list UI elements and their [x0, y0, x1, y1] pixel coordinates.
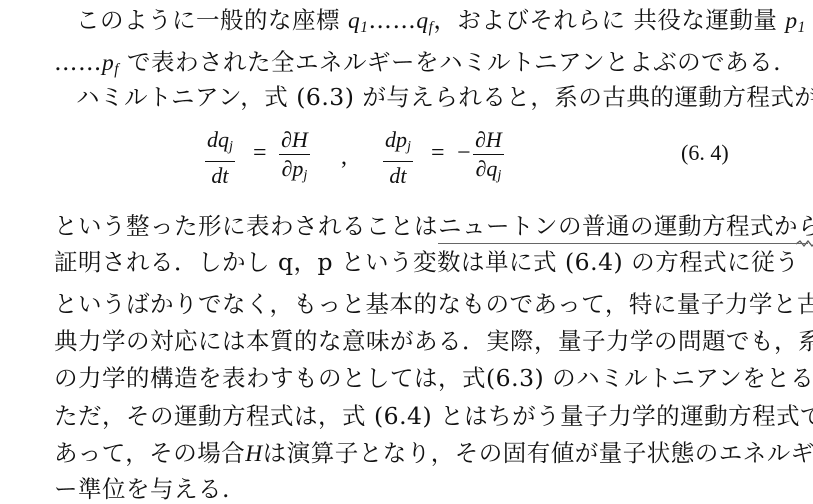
text-line: というばかりでなく，もっと基本的なものであって，特に量子力学と古 — [54, 289, 813, 319]
text-line: ハミルトニアン，式 (6.3) が与えられると，系の古典的運動方程式が — [76, 82, 813, 112]
text-line: という整った形に表わされることはニュートンの普通の運動方程式から — [54, 211, 813, 241]
text: は演算子となり，その固有値が量子状態のエネルギ — [263, 439, 813, 467]
fraction-dpj-dt: dpj dt — [383, 126, 413, 190]
text: あって，その場合 — [54, 439, 245, 467]
text: という整った形に表わされることは — [54, 212, 438, 240]
minus-sign: − — [457, 140, 471, 167]
equation-6-4: dqj dt = ∂H ∂pj , dpj dt = − ∂H ∂qj (6. … — [195, 126, 755, 190]
text-line: このように一般的な座標 q1……qf，およびそれらに 共役な運動量 p1 — [76, 5, 806, 43]
text: このように一般的な座標 — [76, 6, 348, 34]
text-line: ……pf で表わされた全エネルギーをハミルトニアンとよぶのである. — [54, 47, 781, 85]
math-H: H — [245, 441, 262, 467]
fraction-dqj-dt: dqj dt — [205, 126, 235, 190]
fraction-dH-dqj: ∂H ∂qj — [473, 126, 504, 190]
fraction-dH-dpj: ∂H ∂pj — [279, 126, 310, 190]
text-line: 典力学の対応には本質的な意味がある．実際，量子力学の問題でも，系 — [54, 326, 813, 356]
equals-sign: = — [431, 140, 445, 167]
text-line: ー準位を与える. — [54, 474, 230, 504]
math-pf: pf — [102, 50, 119, 76]
ellipsis: …… — [54, 48, 102, 76]
text-line: あって，その場合Hは演算子となり，その固有値が量子状態のエネルギ — [54, 438, 813, 469]
math-p1: p1 — [785, 8, 805, 34]
text: ，およびそれらに 共役な運動量 — [433, 6, 785, 34]
comma: , — [341, 144, 347, 171]
math-qf: qf — [416, 8, 433, 34]
text: で表わされた全エネルギーをハミルトニアンとよぶのである. — [119, 48, 781, 76]
text-line: の力学的構造を表わすものとしては，式(6.3) のハミルトニアンをとる. — [54, 363, 813, 393]
math-q1: q1 — [348, 8, 368, 34]
equals-sign: = — [253, 140, 267, 167]
handwritten-underline: ニュートンの普通の運動方程式から — [438, 211, 813, 241]
equation-number: (6. 4) — [681, 140, 729, 166]
text-line: 証明される．しかし q，p という変数は単に式 (6.4) の方程式に従う — [54, 247, 799, 277]
ellipsis: …… — [368, 6, 416, 34]
text-line: ただ，その運動方程式は，式 (6.4) とはちがう量子力学的運動方程式で — [54, 401, 813, 431]
